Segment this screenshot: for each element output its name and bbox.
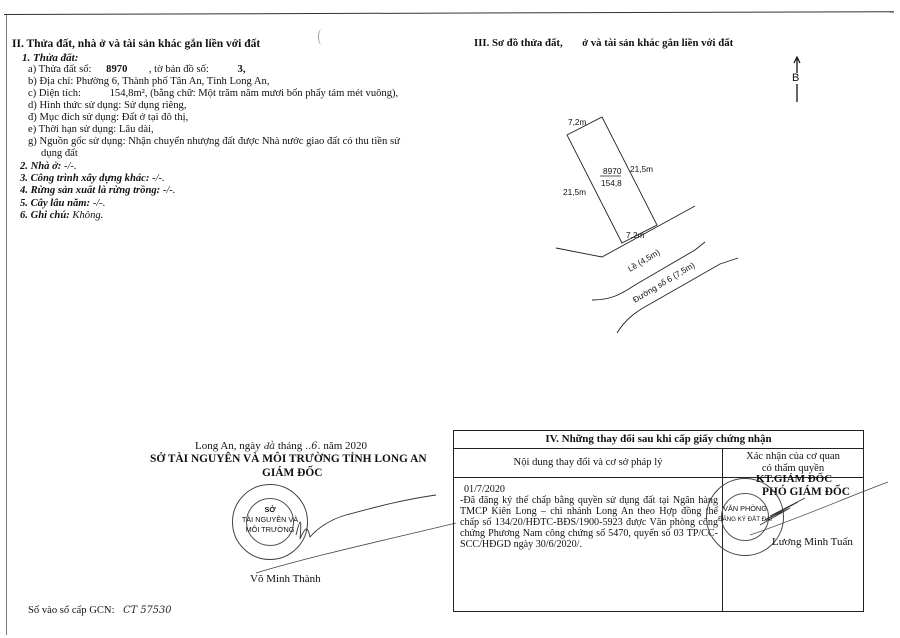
section-3-title-part1: III. Sơ đồ thửa đất, [474, 37, 563, 49]
edge-left-label: 21,5m [563, 187, 586, 197]
area-value: 154,8m², (bằng chữ: Một trăm năm mươi bố… [110, 88, 399, 100]
registry-row: Số vào sổ cấp GCN: CT 57530 [28, 605, 171, 616]
term-label: e) Thời hạn sử dụng: [28, 124, 116, 135]
edge-bottom-label: 7,2m [626, 230, 645, 240]
signer-title: GIÁM ĐỐC [262, 467, 322, 479]
signature-right [730, 480, 890, 540]
month-label: tháng [278, 440, 302, 452]
section-3-title: III. Sơ đồ thửa đất, ở và tài sản khác g… [474, 37, 733, 49]
issue-month: ..6. [305, 441, 321, 452]
section-2-title: II. Thửa đất, nhà ở và tài sản khác gắn … [12, 38, 260, 50]
map-sheet-label: , tờ bản đồ số: [149, 64, 209, 75]
origin-value-line1: Nhận chuyển nhượng đất được Nhà nước gia… [128, 136, 400, 147]
use-form-value: Sử dụng riêng, [124, 100, 187, 111]
parcel-number-value: 8970 [106, 64, 146, 76]
purpose-row: đ) Mục đích sử dụng: Đất ở tại đô thị, [28, 112, 188, 124]
land-heading: 1. Thửa đất: [22, 52, 78, 64]
signature-left [236, 485, 456, 575]
note-row: 6. Ghi chú: Không. [20, 210, 103, 221]
purpose-label: đ) Mục đích sử dụng: [28, 112, 119, 123]
use-form-row: d) Hình thức sử dụng: Sử dụng riêng, [28, 100, 187, 112]
parcel-number-label: a) Thửa đất số: [28, 64, 92, 75]
term-value: Lâu dài, [119, 124, 154, 135]
map-sheet-value: 3, [238, 64, 246, 76]
address-row: b) Địa chỉ: Phường 6, Thành phố Tân An, … [28, 76, 269, 88]
area-row: c) Diện tích: 154,8m², (bằng chữ: Một tr… [28, 88, 398, 100]
use-form-label: d) Hình thức sử dụng: [28, 100, 121, 111]
edge-top-label: 7,2m [568, 117, 587, 127]
place-date: Long An, ngày Ԁà tháng ..6. năm 2020 [195, 440, 367, 452]
pen-mark [318, 29, 325, 45]
sidewalk-label: Lề (4,5m) [626, 247, 662, 274]
issue-day: Ԁà [263, 441, 275, 452]
other-construction-label: 3. Công trình xây dựng khác: [20, 173, 149, 184]
confirm-signer-name: Lương Minh Tuấn [772, 536, 853, 548]
forest-label: 4. Rừng sản xuất là rừng trồng: [20, 185, 160, 196]
origin-value-line2: dụng đất [41, 148, 78, 160]
parcel-number-row: a) Thửa đất số: 8970 , tờ bản đồ số: 3, [28, 64, 245, 76]
parcel-area-label: 154,8 [601, 178, 622, 188]
parcel-sketch: 7,2m 21,5m 21,5m 7,2m 8970 154,8 Lề (4,5… [520, 50, 840, 350]
house-value: -/-. [64, 161, 77, 172]
registry-value: CT 57530 [123, 605, 171, 616]
page-border-top [4, 11, 894, 15]
origin-label: g) Nguồn gốc sử dụng: [28, 136, 126, 147]
address-label: b) Địa chỉ: [28, 76, 73, 87]
address-value: Phường 6, Thành phố Tân An, Tỉnh Long An… [76, 76, 270, 87]
registry-label: Số vào sổ cấp GCN: [28, 605, 115, 616]
note-label: 6. Ghi chú: [20, 210, 70, 221]
column-header-content: Nội dung thay đổi và cơ sở pháp lý [454, 449, 723, 478]
section-4-title: IV. Những thay đổi sau khi cấp giấy chứn… [454, 431, 864, 449]
forest-row: 4. Rừng sản xuất là rừng trồng: -/-. [20, 185, 175, 196]
perennial-row: 5. Cây lâu năm: -/-. [20, 198, 105, 209]
parcel-number-label: 8970 [603, 166, 622, 176]
other-construction-value: -/-. [152, 173, 165, 184]
change-date: 01/7/2020 [464, 484, 718, 495]
confirm-header-line1: Xác nhận của cơ quan [723, 451, 863, 463]
place-date-prefix: Long An, ngày [195, 440, 261, 452]
edge-right-label: 21,5m [630, 164, 653, 174]
purpose-value: Đất ở tại đô thị, [122, 112, 189, 123]
origin-row: g) Nguồn gốc sử dụng: Nhận chuyển nhượng… [28, 136, 400, 148]
area-label: c) Diện tích: [28, 88, 81, 99]
note-value: Không. [72, 210, 103, 221]
change-content-cell: 01/7/2020 -Đã đăng ký thế chấp bằng quyề… [454, 478, 723, 612]
section-3-title-part2: ở và tài sản khác gắn liền với đất [582, 37, 733, 49]
forest-value: -/-. [163, 185, 176, 196]
perennial-label: 5. Cây lâu năm: [20, 198, 90, 209]
other-construction-row: 3. Công trình xây dựng khác: -/-. [20, 173, 165, 184]
signer-name: Võ Minh Thành [250, 573, 321, 585]
term-row: e) Thời hạn sử dụng: Lâu dài, [28, 124, 154, 136]
house-row: 2. Nhà ở: -/-. [20, 161, 77, 172]
house-label: 2. Nhà ở: [20, 161, 61, 172]
perennial-value: -/-. [93, 198, 106, 209]
issuing-organization: SỞ TÀI NGUYÊN VÀ MÔI TRƯỜNG TỈNH LONG AN [150, 453, 427, 465]
change-description: -Đã đăng ký thế chấp bằng quyền sử dụng … [460, 495, 718, 550]
page-border-left [6, 15, 7, 635]
year-label: năm 2020 [323, 440, 367, 452]
